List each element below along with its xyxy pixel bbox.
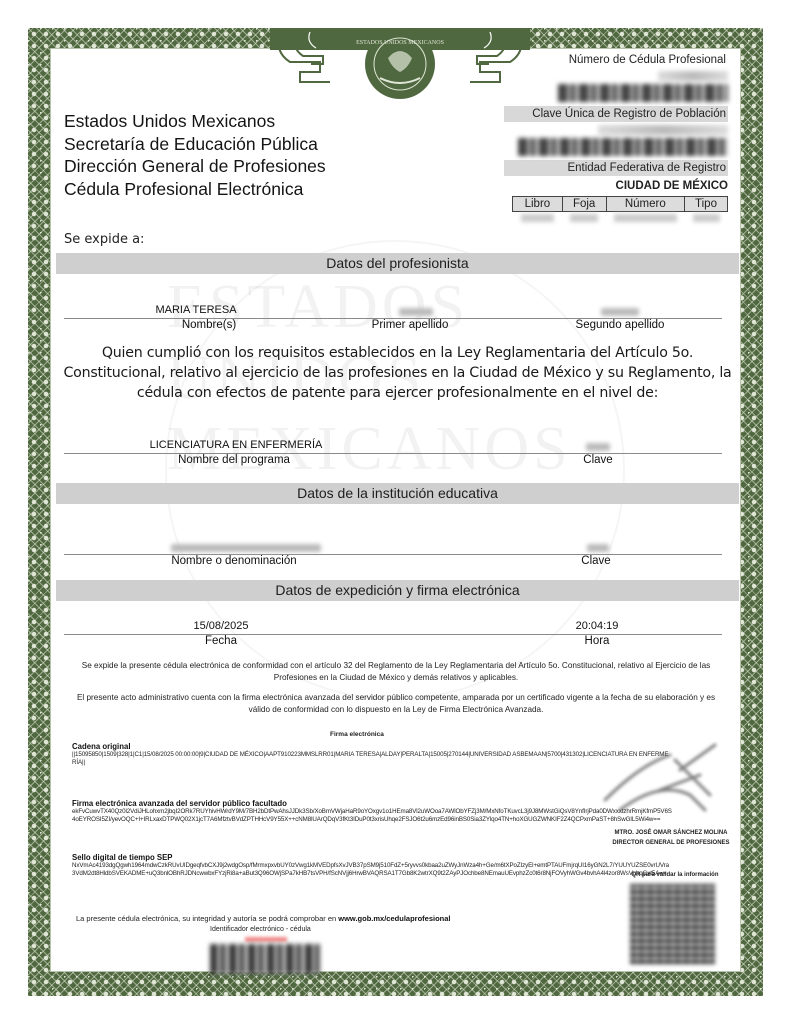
segundo-apellido-label: Segundo apellido	[576, 319, 665, 331]
firma-title: Firma electrónica	[330, 731, 384, 738]
electronic-id-barcode	[210, 944, 320, 974]
verify-url-link[interactable]: www.gob.mx/cedulaprofesional	[338, 914, 450, 923]
official-title: DIRECTOR GENERAL DE PROFESIONES	[598, 838, 744, 848]
entidad-label: Entidad Federativa de Registro	[504, 160, 728, 176]
registry-block: Número de Cédula Profesional Clave Única…	[504, 52, 728, 225]
libro-foja-table: Libro Foja Número Tipo	[512, 196, 728, 225]
cedula-barcode	[558, 84, 728, 102]
programa-value: LICENCIATURA EN ENFERMERÍA	[150, 439, 323, 451]
national-seal-header: ESTADOS UNIDOS MEXICANOS	[270, 28, 530, 100]
cedula-number-label: Número de Cédula Profesional	[504, 52, 728, 68]
heading-line-direccion: Dirección General de Profesiones	[64, 155, 326, 178]
libro-value	[513, 212, 563, 225]
firma-avanzada-value: ekFvCuwvTX40Qz0l2VdiJHLohxm2jbqI2ORk7RUY…	[72, 808, 672, 823]
entidad-value: CIUDAD DE MÉXICO	[504, 180, 728, 192]
verify-text: La presente cédula electrónica, su integ…	[76, 914, 338, 923]
heading-line-secretaria: Secretaría de Educación Pública	[64, 133, 326, 156]
firma-avanzada-label: Firma electrónica avanzada del servidor …	[72, 799, 672, 808]
programa-fields: LICENCIATURA EN ENFERMERÍA Nombre del pr…	[64, 439, 722, 468]
electronic-id-label: Identificador electrónico - cédula	[210, 926, 311, 933]
programa-label: Nombre del programa	[178, 454, 290, 466]
coat-of-arms-icon: ESTADOS UNIDOS MEXICANOS	[270, 28, 530, 100]
hora-label: Hora	[585, 635, 610, 647]
foja-header: Foja	[562, 197, 606, 212]
handwritten-signature-icon	[600, 740, 735, 820]
profesionista-fields: MARIA TERESA Nombre(s) Primer apellido S…	[64, 304, 722, 333]
statement-text: Quien cumplió con los requisitos estable…	[60, 343, 735, 403]
official-name: MTRO. JOSÉ OMAR SÁNCHEZ MOLINA	[598, 828, 744, 838]
fecha-label: Fecha	[205, 635, 237, 647]
qr-code[interactable]	[630, 884, 715, 964]
institucion-fields: Nombre o denominación Clave	[64, 540, 722, 569]
cadena-label: Cadena original	[72, 742, 672, 751]
hora-value: 20:04:19	[576, 620, 619, 632]
primer-apellido-label: Primer apellido	[372, 319, 449, 331]
programa-clave-redacted	[586, 442, 610, 454]
issuer-heading: Estados Unidos Mexicanos Secretaría de E…	[64, 110, 326, 200]
section-expedicion: Datos de expedición y firma electrónica	[56, 580, 739, 601]
institucion-label: Nombre o denominación	[171, 555, 296, 567]
curp-redacted	[598, 125, 728, 135]
primer-apellido-redacted	[399, 307, 433, 319]
segundo-apellido-redacted	[601, 307, 639, 319]
curp-barcode	[518, 138, 728, 156]
tipo-header: Tipo	[685, 197, 728, 212]
section-profesionista: Datos del profesionista	[56, 253, 739, 274]
electronic-id-redacted	[245, 937, 287, 942]
institucion-clave-label: Clave	[581, 555, 610, 567]
expedicion-fields: 15/08/2025 20:04:19 Fecha Hora	[64, 620, 722, 649]
heading-line-country: Estados Unidos Mexicanos	[64, 110, 326, 133]
heading-line-document: Cédula Profesional Electrónica	[64, 178, 326, 201]
nombres-value: MARIA TERESA	[155, 304, 236, 316]
sello-digital-block: Sello digital de tiempo SEP NxVmAc4193dg…	[72, 853, 672, 878]
cadena-value: ||15095850|1509|328|1|C1|15/08/2025 00:0…	[72, 751, 668, 766]
sello-label: Sello digital de tiempo SEP	[72, 853, 672, 862]
institucion-redacted	[171, 543, 321, 555]
numero-value	[606, 212, 684, 225]
legal-paragraph-2: El presente acto administrativo cuenta c…	[66, 692, 726, 715]
institucion-clave-redacted	[587, 543, 609, 555]
programa-clave-label: Clave	[583, 454, 612, 466]
cedula-number-redacted	[658, 71, 728, 81]
firma-avanzada-block: Firma electrónica avanzada del servidor …	[72, 799, 672, 824]
tipo-value	[685, 212, 728, 225]
sello-value: NxVmAc4193dgQgwh1964mdwCzkRUvUIDgeqfvbCX…	[72, 862, 669, 877]
nombres-label: Nombre(s)	[182, 319, 236, 331]
foja-value	[562, 212, 606, 225]
verify-statement: La presente cédula electrónica, su integ…	[76, 914, 451, 923]
cadena-original-block: Cadena original ||15095850|1509|328|1|C1…	[72, 742, 672, 767]
official-signatory: MTRO. JOSÉ OMAR SÁNCHEZ MOLINA DIRECTOR …	[598, 828, 744, 848]
numero-header: Número	[606, 197, 684, 212]
fecha-value: 15/08/2025	[193, 620, 248, 632]
section-institucion: Datos de la institución educativa	[56, 483, 739, 504]
libro-header: Libro	[513, 197, 563, 212]
expide-label: Se expide a:	[64, 232, 144, 247]
svg-text:ESTADOS UNIDOS MEXICANOS: ESTADOS UNIDOS MEXICANOS	[356, 40, 444, 46]
legal-paragraph-1: Se expide la presente cédula electrónica…	[66, 660, 726, 683]
curp-label: Clave Única de Registro de Población	[504, 106, 728, 122]
qr-label: QR para validar la información	[620, 872, 730, 878]
